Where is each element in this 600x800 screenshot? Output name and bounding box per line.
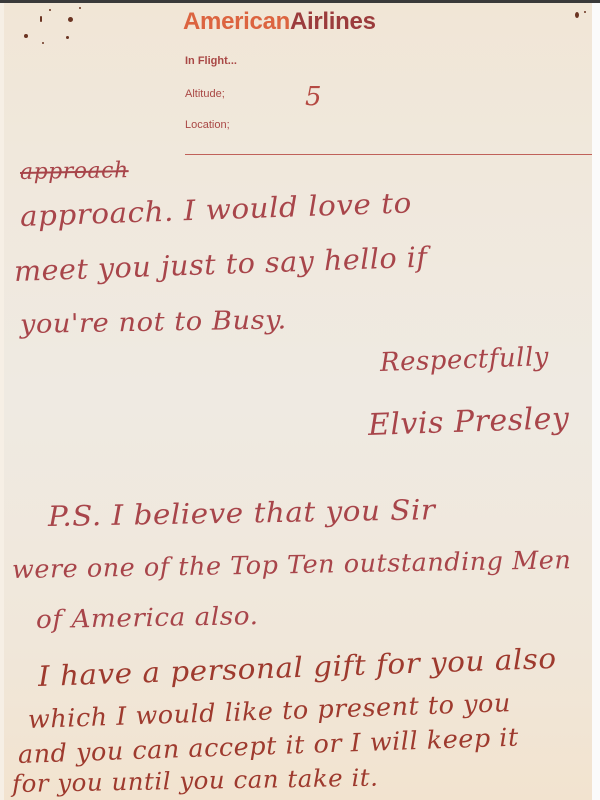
- ps-line-3: of America also.: [36, 601, 259, 634]
- closing: Respectfully: [379, 342, 549, 378]
- scan-top-edge: [0, 0, 600, 3]
- logo-american: American: [183, 8, 290, 35]
- body-line-2: meet you just to say hello if: [13, 241, 428, 288]
- ink-speck: [66, 36, 69, 39]
- ps-line-1: P.S. I believe that you Sir: [48, 493, 436, 533]
- altitude-handwritten-value: 5: [305, 82, 322, 112]
- ink-speck: [49, 9, 51, 11]
- altitude-label: Altitude;: [185, 87, 225, 101]
- ink-speck: [584, 11, 586, 13]
- ink-speck: [42, 42, 44, 44]
- body-line-1: approach. I would love to: [19, 186, 412, 233]
- american-airlines-logo: AmericanAirlines: [183, 8, 376, 36]
- location-label: Location;: [185, 118, 230, 132]
- letter-page: AmericanAirlines In Flight... Altitude; …: [0, 0, 600, 800]
- letterhead-divider: [185, 154, 592, 155]
- ink-speck: [68, 17, 73, 22]
- ink-speck: [79, 7, 81, 9]
- scan-left-edge: [0, 3, 4, 800]
- body-line-3: you're not to Busy.: [20, 305, 287, 340]
- ps-line-2: were one of the Top Ten outstanding Men: [12, 545, 572, 584]
- signature: Elvis Presley: [367, 401, 570, 443]
- ink-speck: [40, 16, 42, 22]
- ink-speck: [575, 12, 579, 18]
- logo-airlines: Airlines: [290, 8, 376, 35]
- in-flight-label: In Flight...: [185, 54, 237, 68]
- scan-right-edge: [592, 3, 600, 800]
- ink-speck: [24, 34, 28, 38]
- gift-line-1: I have a personal gift for you also: [37, 642, 557, 693]
- struck-word: approach: [20, 158, 129, 185]
- gift-line-4: for you until you can take it.: [12, 764, 379, 798]
